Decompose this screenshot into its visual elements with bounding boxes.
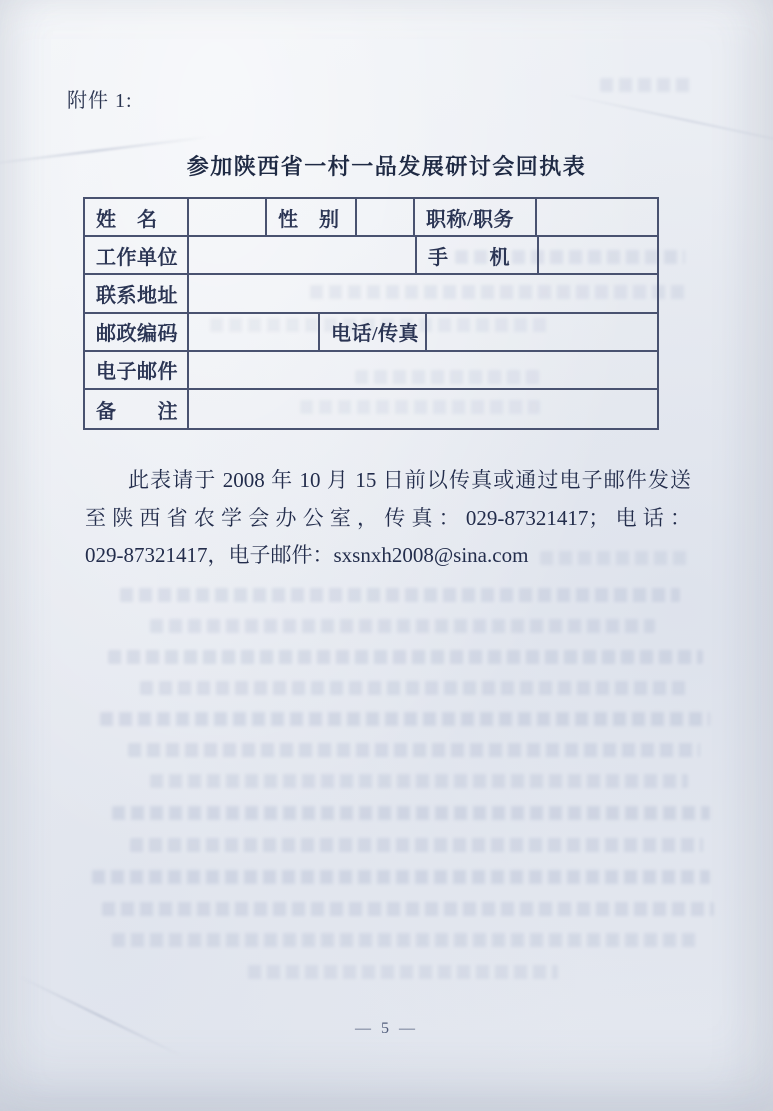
title-position-value-cell xyxy=(537,199,657,235)
remarks-value-cell xyxy=(189,390,657,428)
gender-value-cell xyxy=(357,199,415,235)
remarks-label: 备 注 xyxy=(85,390,189,428)
title-position-label: 职称/职务 xyxy=(415,199,537,235)
showthrough-line xyxy=(112,806,710,820)
reply-form-table: 姓 名 性 别 职称/职务 工作单位 手 机 联系地址 邮政编码 电话/传真 电… xyxy=(83,197,659,430)
attachment-label: 附件 1: xyxy=(67,84,133,113)
note-line-1: 此表请于 2008 年 10 月 15 日前以传真或通过电子邮件发送 xyxy=(85,462,691,500)
showthrough-line xyxy=(112,933,700,947)
table-row-work-unit: 工作单位 手 机 xyxy=(85,237,657,275)
scanned-document-page: 附件 1: 参加陕西省一村一品发展研讨会回执表 姓 名 性 别 职称/职务 工作… xyxy=(0,0,773,1111)
showthrough-line xyxy=(150,774,688,788)
mobile-label: 手 机 xyxy=(417,237,539,273)
table-row-name: 姓 名 性 别 职称/职务 xyxy=(85,199,657,237)
mobile-value-cell xyxy=(539,237,657,273)
work-unit-value-cell xyxy=(189,237,417,273)
address-value-cell xyxy=(189,275,657,311)
phone-fax-value-cell xyxy=(427,314,657,350)
email-label: 电子邮件 xyxy=(85,352,189,388)
postal-code-label: 邮政编码 xyxy=(85,314,189,350)
note-line-3: 029-87321417，电子邮件：sxsnxh2008@sina.com xyxy=(85,537,691,575)
showthrough-line xyxy=(120,588,680,602)
showthrough-line xyxy=(128,743,700,757)
phone-fax-label: 电话/传真 xyxy=(320,314,427,350)
showthrough-line xyxy=(92,870,710,884)
paper-crease xyxy=(563,93,773,149)
name-label: 姓 名 xyxy=(85,199,189,235)
address-label: 联系地址 xyxy=(85,275,189,311)
table-row-postal-phone: 邮政编码 电话/传真 xyxy=(85,314,657,352)
work-unit-label: 工作单位 xyxy=(85,237,189,273)
table-row-remarks: 备 注 xyxy=(85,390,657,428)
showthrough-line xyxy=(102,902,714,916)
showthrough-line xyxy=(150,619,655,633)
postal-code-value-cell xyxy=(189,314,320,350)
gender-label: 性 别 xyxy=(267,199,357,235)
table-row-address: 联系地址 xyxy=(85,275,657,313)
showthrough-line xyxy=(600,78,695,92)
showthrough-line xyxy=(100,712,710,726)
table-row-email: 电子邮件 xyxy=(85,352,657,390)
showthrough-line xyxy=(130,838,703,852)
showthrough-line xyxy=(140,681,690,695)
page-number: — 5 — xyxy=(0,1020,773,1038)
showthrough-line xyxy=(108,650,703,664)
submission-note: 此表请于 2008 年 10 月 15 日前以传真或通过电子邮件发送 至陕西省农… xyxy=(85,462,691,575)
form-title: 参加陕西省一村一品发展研讨会回执表 xyxy=(0,150,773,181)
showthrough-line xyxy=(248,965,558,979)
paper-crease xyxy=(19,976,182,1057)
name-value-cell xyxy=(189,199,267,235)
email-value-cell xyxy=(189,352,657,388)
note-line-2: 至陕西省农学会办公室，传真：029-87321417；电话： xyxy=(85,500,691,538)
